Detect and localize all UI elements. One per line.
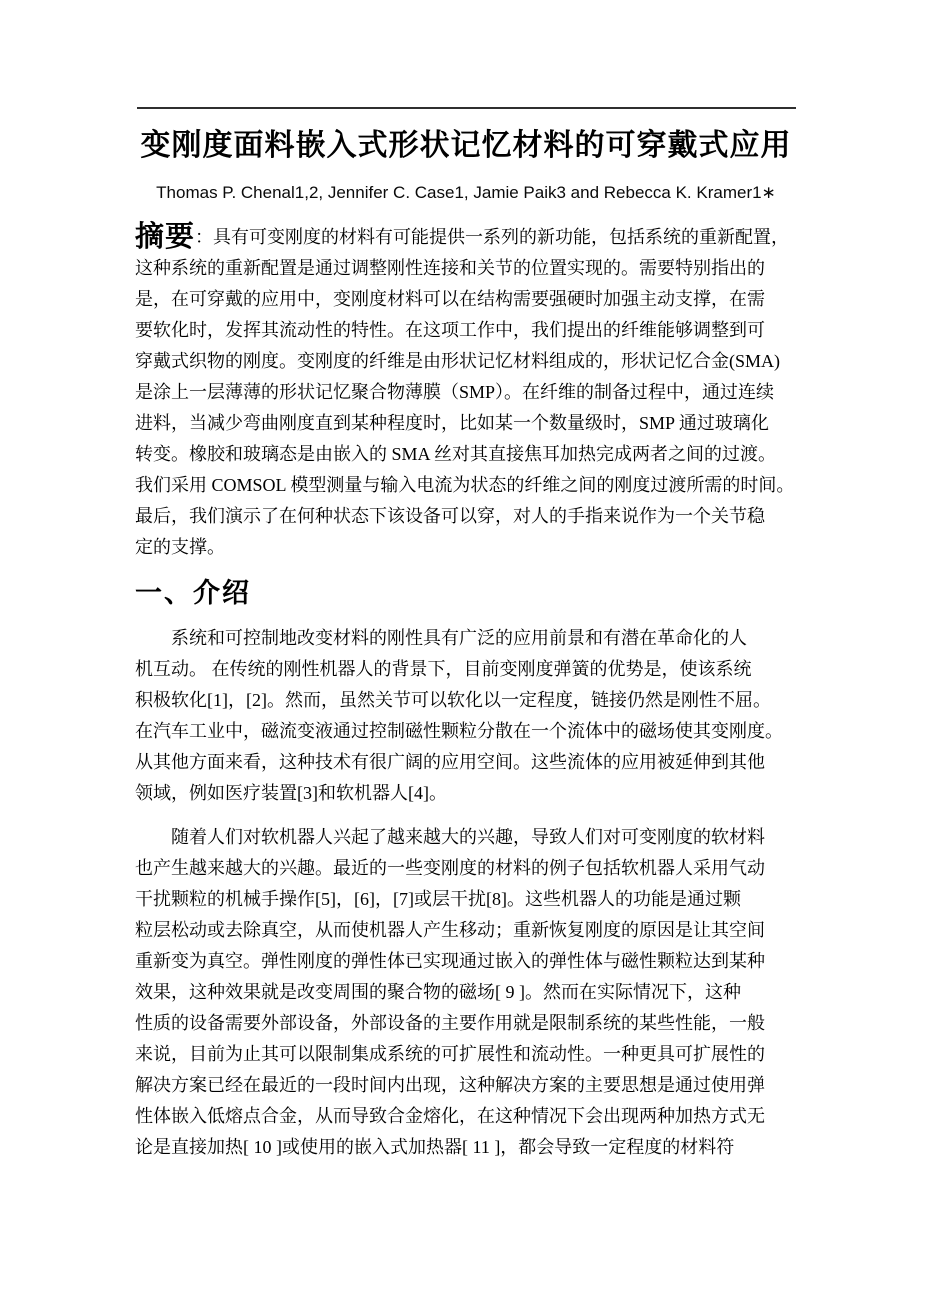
page-content: 变刚度面料嵌入式形状记忆材料的可穿戴式应用 Thomas P. Chenal1,… [135, 0, 797, 1163]
section-heading-introduction: 一、介绍 [135, 578, 797, 608]
introduction-paragraph-2: 随着人们对软机器人兴起了越来越大的兴趣，导致人们对可变刚度的软材料 也产生越来越… [135, 822, 797, 1163]
paper-title: 变刚度面料嵌入式形状记忆材料的可穿戴式应用 [135, 126, 797, 166]
authors-line: Thomas P. Chenal1,2, Jennifer C. Case1, … [135, 183, 797, 203]
introduction-paragraph-1: 系统和可控制地改变材料的刚性具有广泛的应用前景和有潜在革命化的人 机互动。 在传… [135, 623, 797, 809]
abstract-paragraph: 摘要：具有可变刚度的材料有可能提供一系列的新功能，包括系统的重新配置， 这种系统… [135, 222, 797, 563]
abstract-colon: ： [195, 227, 213, 247]
document-page: 变刚度面料嵌入式形状记忆材料的可穿戴式应用 Thomas P. Chenal1,… [0, 0, 926, 1310]
abstract-text: 具有可变刚度的材料有可能提供一系列的新功能，包括系统的重新配置， 这种系统的重新… [135, 227, 794, 557]
abstract-label: 摘要 [135, 221, 195, 253]
